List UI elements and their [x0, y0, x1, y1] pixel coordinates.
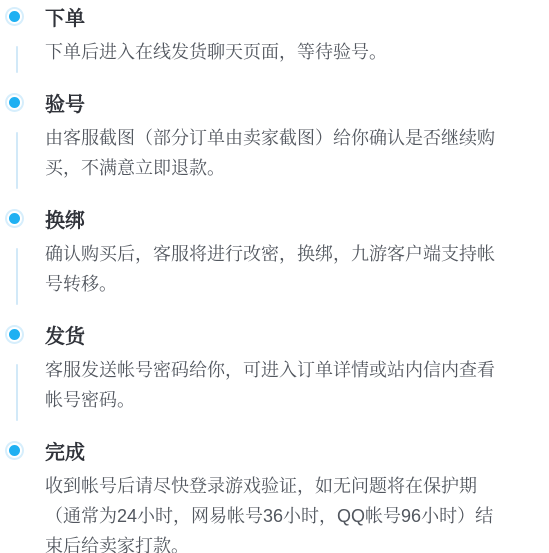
step-bullet-icon: [7, 211, 22, 226]
step-title: 换绑: [45, 207, 535, 235]
step-bullet-icon: [7, 9, 22, 24]
process-step: 换绑 确认购买后，客服将进行改密，换绑，九游客户端支持帐号转移。: [3, 207, 535, 299]
step-title: 完成: [45, 439, 535, 467]
step-title: 下单: [45, 5, 535, 33]
step-description: 客服发送帐号密码给你，可进入订单详情或站内信内查看帐号密码。: [45, 355, 511, 415]
step-connector-line: [16, 46, 18, 73]
step-connector-line: [16, 248, 18, 305]
step-connector-line: [16, 132, 18, 189]
step-title: 验号: [45, 91, 535, 119]
step-description: 收到帐号后请尽快登录游戏验证，如无问题将在保护期（通常为24小时，网易帐号36小…: [45, 471, 511, 553]
process-step: 验号 由客服截图（部分订单由卖家截图）给你确认是否继续购买，不满意立即退款。: [3, 91, 535, 183]
step-description: 由客服截图（部分订单由卖家截图）给你确认是否继续购买，不满意立即退款。: [45, 123, 511, 183]
step-description: 下单后进入在线发货聊天页面，等待验号。: [45, 37, 511, 67]
process-step: 发货 客服发送帐号密码给你，可进入订单详情或站内信内查看帐号密码。: [3, 323, 535, 415]
purchase-process-timeline: 下单 下单后进入在线发货聊天页面，等待验号。 验号 由客服截图（部分订单由卖家截…: [0, 0, 549, 553]
step-description: 确认购买后，客服将进行改密，换绑，九游客户端支持帐号转移。: [45, 239, 511, 299]
step-connector-line: [16, 364, 18, 421]
process-step: 完成 收到帐号后请尽快登录游戏验证，如无问题将在保护期（通常为24小时，网易帐号…: [3, 439, 535, 553]
step-bullet-icon: [7, 95, 22, 110]
process-step: 下单 下单后进入在线发货聊天页面，等待验号。: [3, 5, 535, 67]
step-bullet-icon: [7, 327, 22, 342]
step-bullet-icon: [7, 443, 22, 458]
step-title: 发货: [45, 323, 535, 351]
